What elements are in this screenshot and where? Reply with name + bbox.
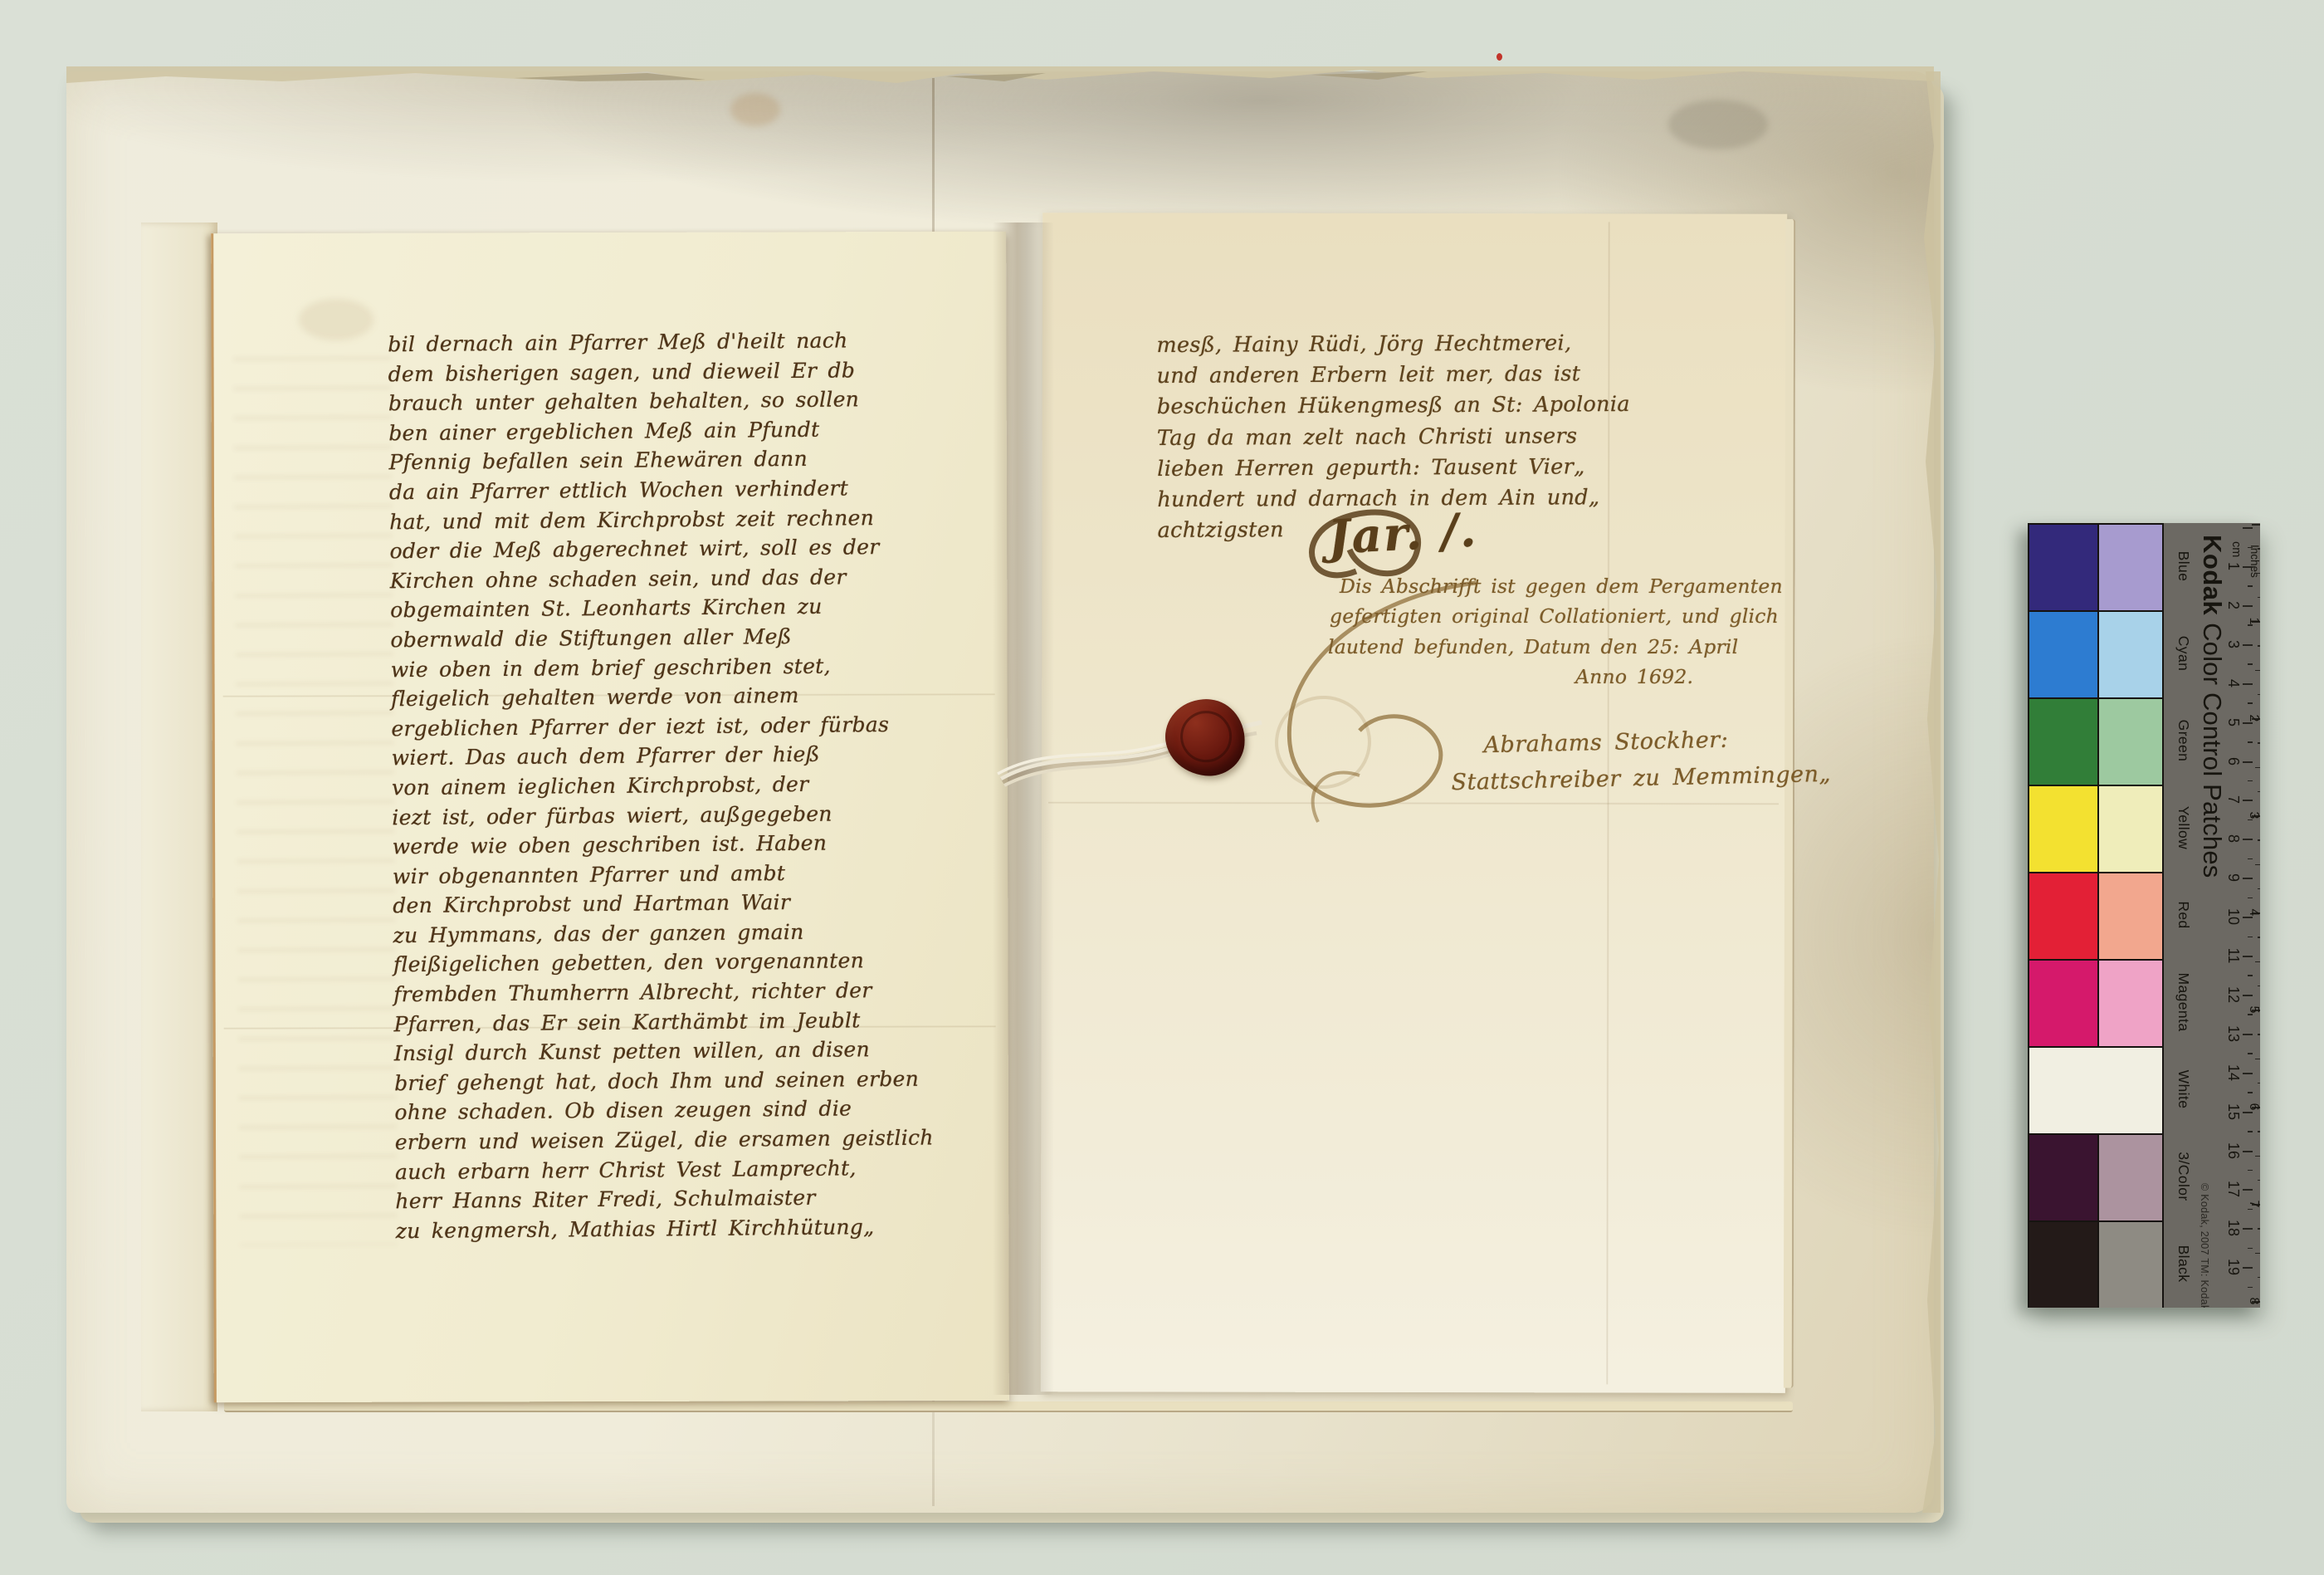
cm-number: 18 — [2224, 1220, 2242, 1236]
cm-number: 5 — [2224, 718, 2242, 726]
deckled-top-edge — [66, 66, 1934, 95]
cm-half-tick — [2248, 585, 2253, 587]
strip-copyright: © Kodak, 2007 TM: Kodak — [2199, 1183, 2210, 1308]
inch-tick — [2258, 1277, 2260, 1279]
text-line: Dis Abschrifft ist gegen dem Pergamenten — [1340, 571, 1793, 601]
inch-tick — [2258, 1228, 2260, 1230]
cm-half-tick — [2248, 702, 2253, 704]
inch-tick — [2258, 548, 2260, 550]
patch-label-white: White — [2175, 1070, 2192, 1109]
text-line: lautend befunden, Datum den 25: April — [1328, 632, 1793, 662]
cm-half-tick — [2248, 898, 2253, 899]
inch-tick — [2258, 645, 2260, 647]
inch-tick — [2255, 670, 2260, 672]
patch-magenta-saturated — [2029, 961, 2097, 1046]
archival-photo: bil dernach ain Pfarrer Meß d'heilt nach… — [0, 0, 2324, 1575]
patch-label-cyan: Cyan — [2175, 636, 2192, 671]
cm-half-tick — [2248, 975, 2253, 976]
cm-number: 19 — [2224, 1259, 2242, 1275]
text-line: mesß, Hainy Rüdi, Jörg Hechtmerei, — [1156, 327, 1777, 361]
cm-half-tick — [2248, 1209, 2253, 1211]
cm-tick — [2243, 527, 2253, 529]
cm-tick — [2243, 683, 2253, 685]
patch-3/color-pastel — [2099, 1135, 2162, 1220]
inch-tick — [2255, 573, 2260, 575]
patch-label-yellow: Yellow — [2175, 806, 2192, 849]
strip-title: Kodak Color Control Patches — [2197, 535, 2227, 878]
cm-half-tick — [2248, 819, 2253, 821]
patch-label-black: Black — [2175, 1245, 2192, 1283]
cm-tick — [2243, 722, 2253, 724]
cm-half-tick — [2248, 741, 2253, 743]
inch-tick — [2258, 986, 2260, 987]
inch-number: 6 — [2246, 1103, 2260, 1111]
text-line: Anno 1692. — [1575, 662, 1793, 692]
inch-tick — [2258, 839, 2260, 841]
kodak-color-control-strip: Kodak Color Control Patches cm Inches © … — [2028, 523, 2260, 1308]
cm-half-tick — [2248, 1092, 2253, 1093]
outer-sheet-folded-edge — [141, 223, 217, 1411]
inch-tick — [2255, 767, 2260, 769]
stain — [299, 299, 373, 340]
patch-magenta-pastel — [2099, 961, 2162, 1046]
cm-half-tick — [2248, 780, 2253, 782]
inch-tick — [2258, 742, 2260, 744]
patch-label-3/color: 3/Color — [2175, 1152, 2192, 1201]
inch-tick — [2258, 1180, 2260, 1181]
inch-number: 1 — [2246, 618, 2260, 625]
cm-number: 1 — [2224, 562, 2242, 570]
patch-black-saturated — [2029, 1222, 2097, 1308]
left-page-text: bil dernach ain Pfarrer Meß d'heilt nach… — [388, 325, 1007, 1246]
patch-red-pastel — [2099, 873, 2162, 959]
inch-number: 2 — [2246, 715, 2260, 722]
cm-number: 17 — [2224, 1181, 2242, 1197]
cm-tick — [2243, 839, 2253, 840]
cm-number: 13 — [2224, 1025, 2242, 1042]
inch-tick — [2258, 888, 2260, 890]
inch-tick — [2258, 597, 2260, 599]
cm-half-tick — [2248, 1131, 2253, 1132]
cm-tick — [2243, 800, 2253, 801]
jar-word: Jar. /. — [1326, 502, 1478, 565]
cm-number: 11 — [2224, 948, 2242, 964]
patch-yellow-saturated — [2029, 786, 2097, 872]
cm-number: 12 — [2224, 986, 2242, 1003]
lower-leaf-edge — [224, 1401, 1793, 1412]
text-line: gefertigten original Collationiert, und … — [1330, 601, 1793, 631]
patch-blue-saturated — [2029, 525, 2097, 610]
inch-tick — [2258, 791, 2260, 793]
cm-tick — [2243, 1228, 2253, 1230]
patch-green-saturated — [2029, 699, 2097, 785]
cm-tick — [2243, 1073, 2253, 1074]
inch-tick — [2255, 1059, 2260, 1060]
inch-number: 5 — [2246, 1006, 2260, 1014]
cm-half-tick — [2248, 1287, 2253, 1289]
text-line: zu kengmersh, Mathias Hirtl Kirchhütung„ — [396, 1211, 1007, 1246]
red-fleck — [1496, 53, 1502, 61]
patch-red-saturated — [2029, 873, 2097, 959]
cm-half-tick — [2248, 663, 2253, 665]
ink-bleed-through — [233, 356, 397, 1245]
cm-number: 16 — [2224, 1142, 2242, 1158]
cm-number: 3 — [2224, 640, 2242, 648]
cm-half-tick — [2248, 1053, 2253, 1054]
stain — [730, 93, 780, 126]
inch-number: 7 — [2246, 1201, 2260, 1208]
text-line: beschüchen Hükengmesß an St: Apolonia — [1157, 389, 1778, 423]
cm-tick — [2243, 956, 2253, 957]
text-line: Tag da man zelt nach Christi unsers — [1157, 420, 1778, 454]
cm-half-tick — [2248, 1014, 2253, 1015]
patch-green-pastel — [2099, 699, 2162, 785]
cm-tick — [2243, 644, 2253, 646]
cm-tick — [2243, 605, 2253, 607]
cm-number: 6 — [2224, 756, 2242, 765]
cm-half-tick — [2248, 1248, 2253, 1250]
cm-label: cm — [2229, 541, 2243, 557]
inch-tick — [2252, 524, 2260, 526]
patch-cyan-pastel — [2099, 612, 2162, 697]
cm-tick — [2243, 917, 2253, 918]
cm-number: 14 — [2224, 1064, 2242, 1081]
strip-brand: Kodak — [2198, 535, 2227, 615]
cm-tick — [2243, 878, 2253, 879]
cm-number: 15 — [2224, 1103, 2242, 1120]
second-leaf-edge — [1784, 219, 1795, 1388]
cm-number: 9 — [2224, 873, 2242, 882]
cm-half-tick — [2248, 937, 2253, 938]
signature-block: Abrahams Stockher:Stattschreiber zu Memm… — [1450, 720, 1831, 801]
inch-tick — [2255, 864, 2260, 866]
patch-label-red: Red — [2175, 901, 2192, 928]
inch-number: 4 — [2246, 909, 2260, 917]
cm-tick — [2243, 1151, 2253, 1152]
cm-number: 2 — [2224, 601, 2242, 609]
cm-half-tick — [2248, 858, 2253, 860]
inch-tick — [2258, 1083, 2260, 1084]
inch-number: 8 — [2246, 1298, 2260, 1305]
color-patch-grid — [2028, 523, 2164, 1308]
cm-half-tick — [2248, 547, 2253, 549]
cm-number: 10 — [2224, 908, 2242, 925]
cm-half-tick — [2248, 624, 2253, 626]
cm-number: 4 — [2224, 679, 2242, 687]
cm-tick — [2243, 1267, 2253, 1269]
inch-tick — [2258, 937, 2260, 938]
stain — [1668, 100, 1768, 149]
text-line: und anderen Erbern leit mer, das ist — [1157, 358, 1778, 392]
inch-tick — [2258, 1034, 2260, 1035]
deckled-right-edge — [1911, 71, 1941, 1513]
inch-tick — [2258, 1131, 2260, 1132]
cm-tick — [2243, 1189, 2253, 1191]
text-line: lieben Herren gepurth: Tausent Vier„ — [1157, 451, 1778, 485]
cm-tick — [2243, 1034, 2253, 1035]
collation-note: Dis Abschrifft ist gegen dem Pergamenten… — [1328, 571, 1793, 692]
cm-number: 8 — [2224, 834, 2242, 843]
patch-yellow-pastel — [2099, 786, 2162, 872]
text-line: erbern und weisen Zügel, die ersamen gei… — [395, 1123, 1006, 1157]
patch-blue-pastel — [2099, 525, 2162, 610]
text-line: brief gehengt hat, doch Ihm und seinen e… — [394, 1064, 1005, 1098]
inch-tick — [2258, 694, 2260, 696]
patch-cyan-saturated — [2029, 612, 2097, 697]
cm-half-tick — [2248, 1170, 2253, 1171]
patch-black-pastel — [2099, 1222, 2162, 1308]
patch-label-blue: Blue — [2175, 551, 2192, 582]
patch-white — [2029, 1048, 2162, 1133]
cm-tick — [2243, 566, 2253, 568]
inch-tick — [2255, 961, 2260, 963]
patch-3/color-saturated — [2029, 1135, 2097, 1220]
inch-tick — [2255, 1253, 2260, 1255]
inch-tick — [2255, 1156, 2260, 1157]
cm-tick — [2243, 1112, 2253, 1113]
strip-gray-bar: Kodak Color Control Patches cm Inches © … — [2164, 523, 2260, 1308]
cm-tick — [2243, 995, 2253, 996]
cm-tick — [2243, 761, 2253, 763]
patch-label-magenta: Magenta — [2175, 973, 2192, 1032]
inch-number: 3 — [2246, 812, 2260, 819]
cm-number: 7 — [2224, 795, 2242, 804]
strip-title-rest: Color Control Patches — [2198, 615, 2227, 878]
patch-label-green: Green — [2175, 720, 2192, 762]
